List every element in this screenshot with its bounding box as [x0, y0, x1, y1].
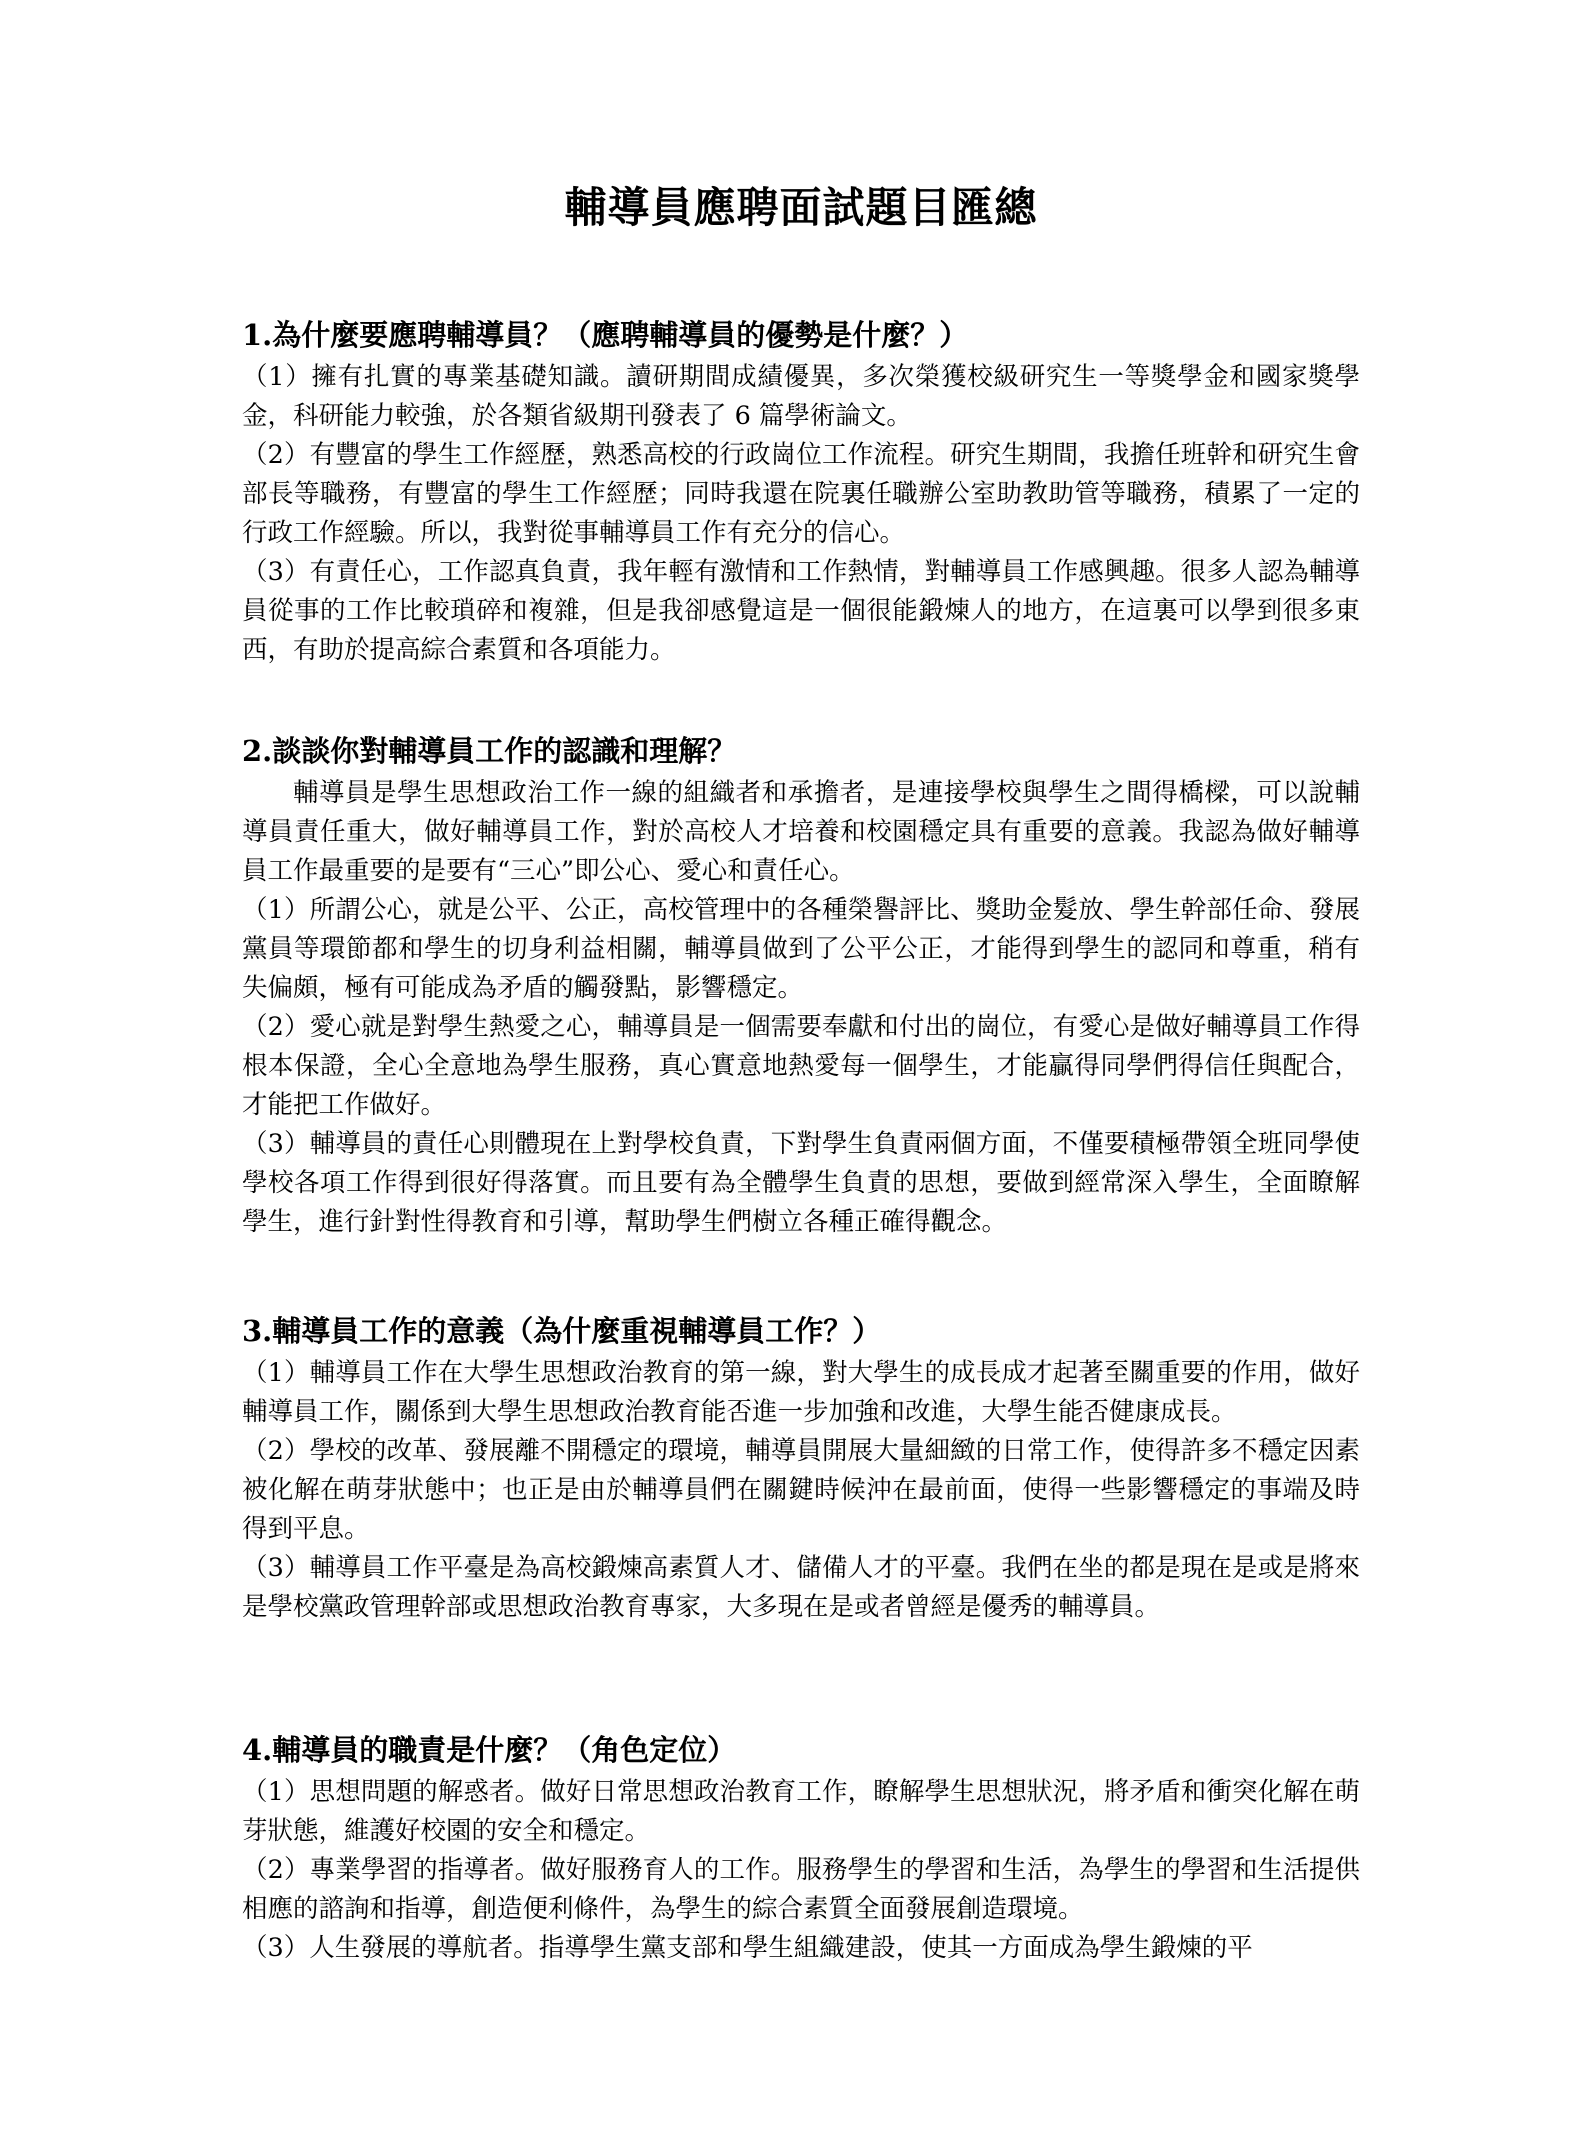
paragraph: （1）思想問題的解惑者。做好日常思想政治教育工作，瞭解學生思想狀況，將矛盾和衝突…	[242, 1773, 1360, 1851]
section-heading: 2.談談你對輔導員工作的認識和理解？	[242, 730, 1360, 772]
section-4: 4.輔導員的職責是什麼？（角色定位） （1）思想問題的解惑者。做好日常思想政治教…	[242, 1729, 1360, 1968]
paragraph: （2）學校的改革、發展離不開穩定的環境，輔導員開展大量細緻的日常工作，使得許多不…	[242, 1432, 1360, 1549]
paragraph: （3）輔導員的責任心則體現在上對學校負責，下對學生負責兩個方面，不僅要積極帶領全…	[242, 1125, 1360, 1242]
paragraph: （3）有責任心，工作認真負責，我年輕有激情和工作熱情，對輔導員工作感興趣。很多人…	[242, 553, 1360, 670]
paragraph: （3）輔導員工作平臺是為高校鍛煉高素質人才、儲備人才的平臺。我們在坐的都是現在是…	[242, 1549, 1360, 1627]
section-heading: 1.為什麼要應聘輔導員？（應聘輔導員的優勢是什麼？）	[242, 314, 1360, 356]
paragraph: （1）輔導員工作在大學生思想政治教育的第一線，對大學生的成長成才起著至關重要的作…	[242, 1354, 1360, 1432]
section-heading: 3.輔導員工作的意義（為什麼重視輔導員工作？）	[242, 1310, 1360, 1352]
document-title: 輔導員應聘面試題目匯總	[242, 178, 1360, 238]
paragraph: （2）專業學習的指導者。做好服務育人的工作。服務學生的學習和生活，為學生的學習和…	[242, 1851, 1360, 1929]
paragraph: （1）所謂公心，就是公平、公正，高校管理中的各種榮譽評比、獎助金髮放、學生幹部任…	[242, 891, 1360, 1008]
section-heading: 4.輔導員的職責是什麼？（角色定位）	[242, 1729, 1360, 1771]
paragraph: （1）擁有扎實的專業基礎知識。讀研期間成績優異，多次榮獲校級研究生一等獎學金和國…	[242, 358, 1360, 436]
paragraph: （3）人生發展的導航者。指導學生黨支部和學生組織建設，使其一方面成為學生鍛煉的平	[242, 1929, 1360, 1968]
section-1: 1.為什麼要應聘輔導員？（應聘輔導員的優勢是什麼？） （1）擁有扎實的專業基礎知…	[242, 314, 1360, 670]
section-3: 3.輔導員工作的意義（為什麼重視輔導員工作？） （1）輔導員工作在大學生思想政治…	[242, 1310, 1360, 1627]
paragraph: （2）有豐富的學生工作經歷，熟悉高校的行政崗位工作流程。研究生期間，我擔任班幹和…	[242, 436, 1360, 553]
paragraph: （2）愛心就是對學生熱愛之心，輔導員是一個需要奉獻和付出的崗位，有愛心是做好輔導…	[242, 1008, 1360, 1125]
section-2: 2.談談你對輔導員工作的認識和理解？ 輔導員是學生思想政治工作一線的組織者和承擔…	[242, 730, 1360, 1242]
intro-paragraph: 輔導員是學生思想政治工作一線的組織者和承擔者，是連接學校與學生之間得橋樑，可以說…	[242, 774, 1360, 891]
